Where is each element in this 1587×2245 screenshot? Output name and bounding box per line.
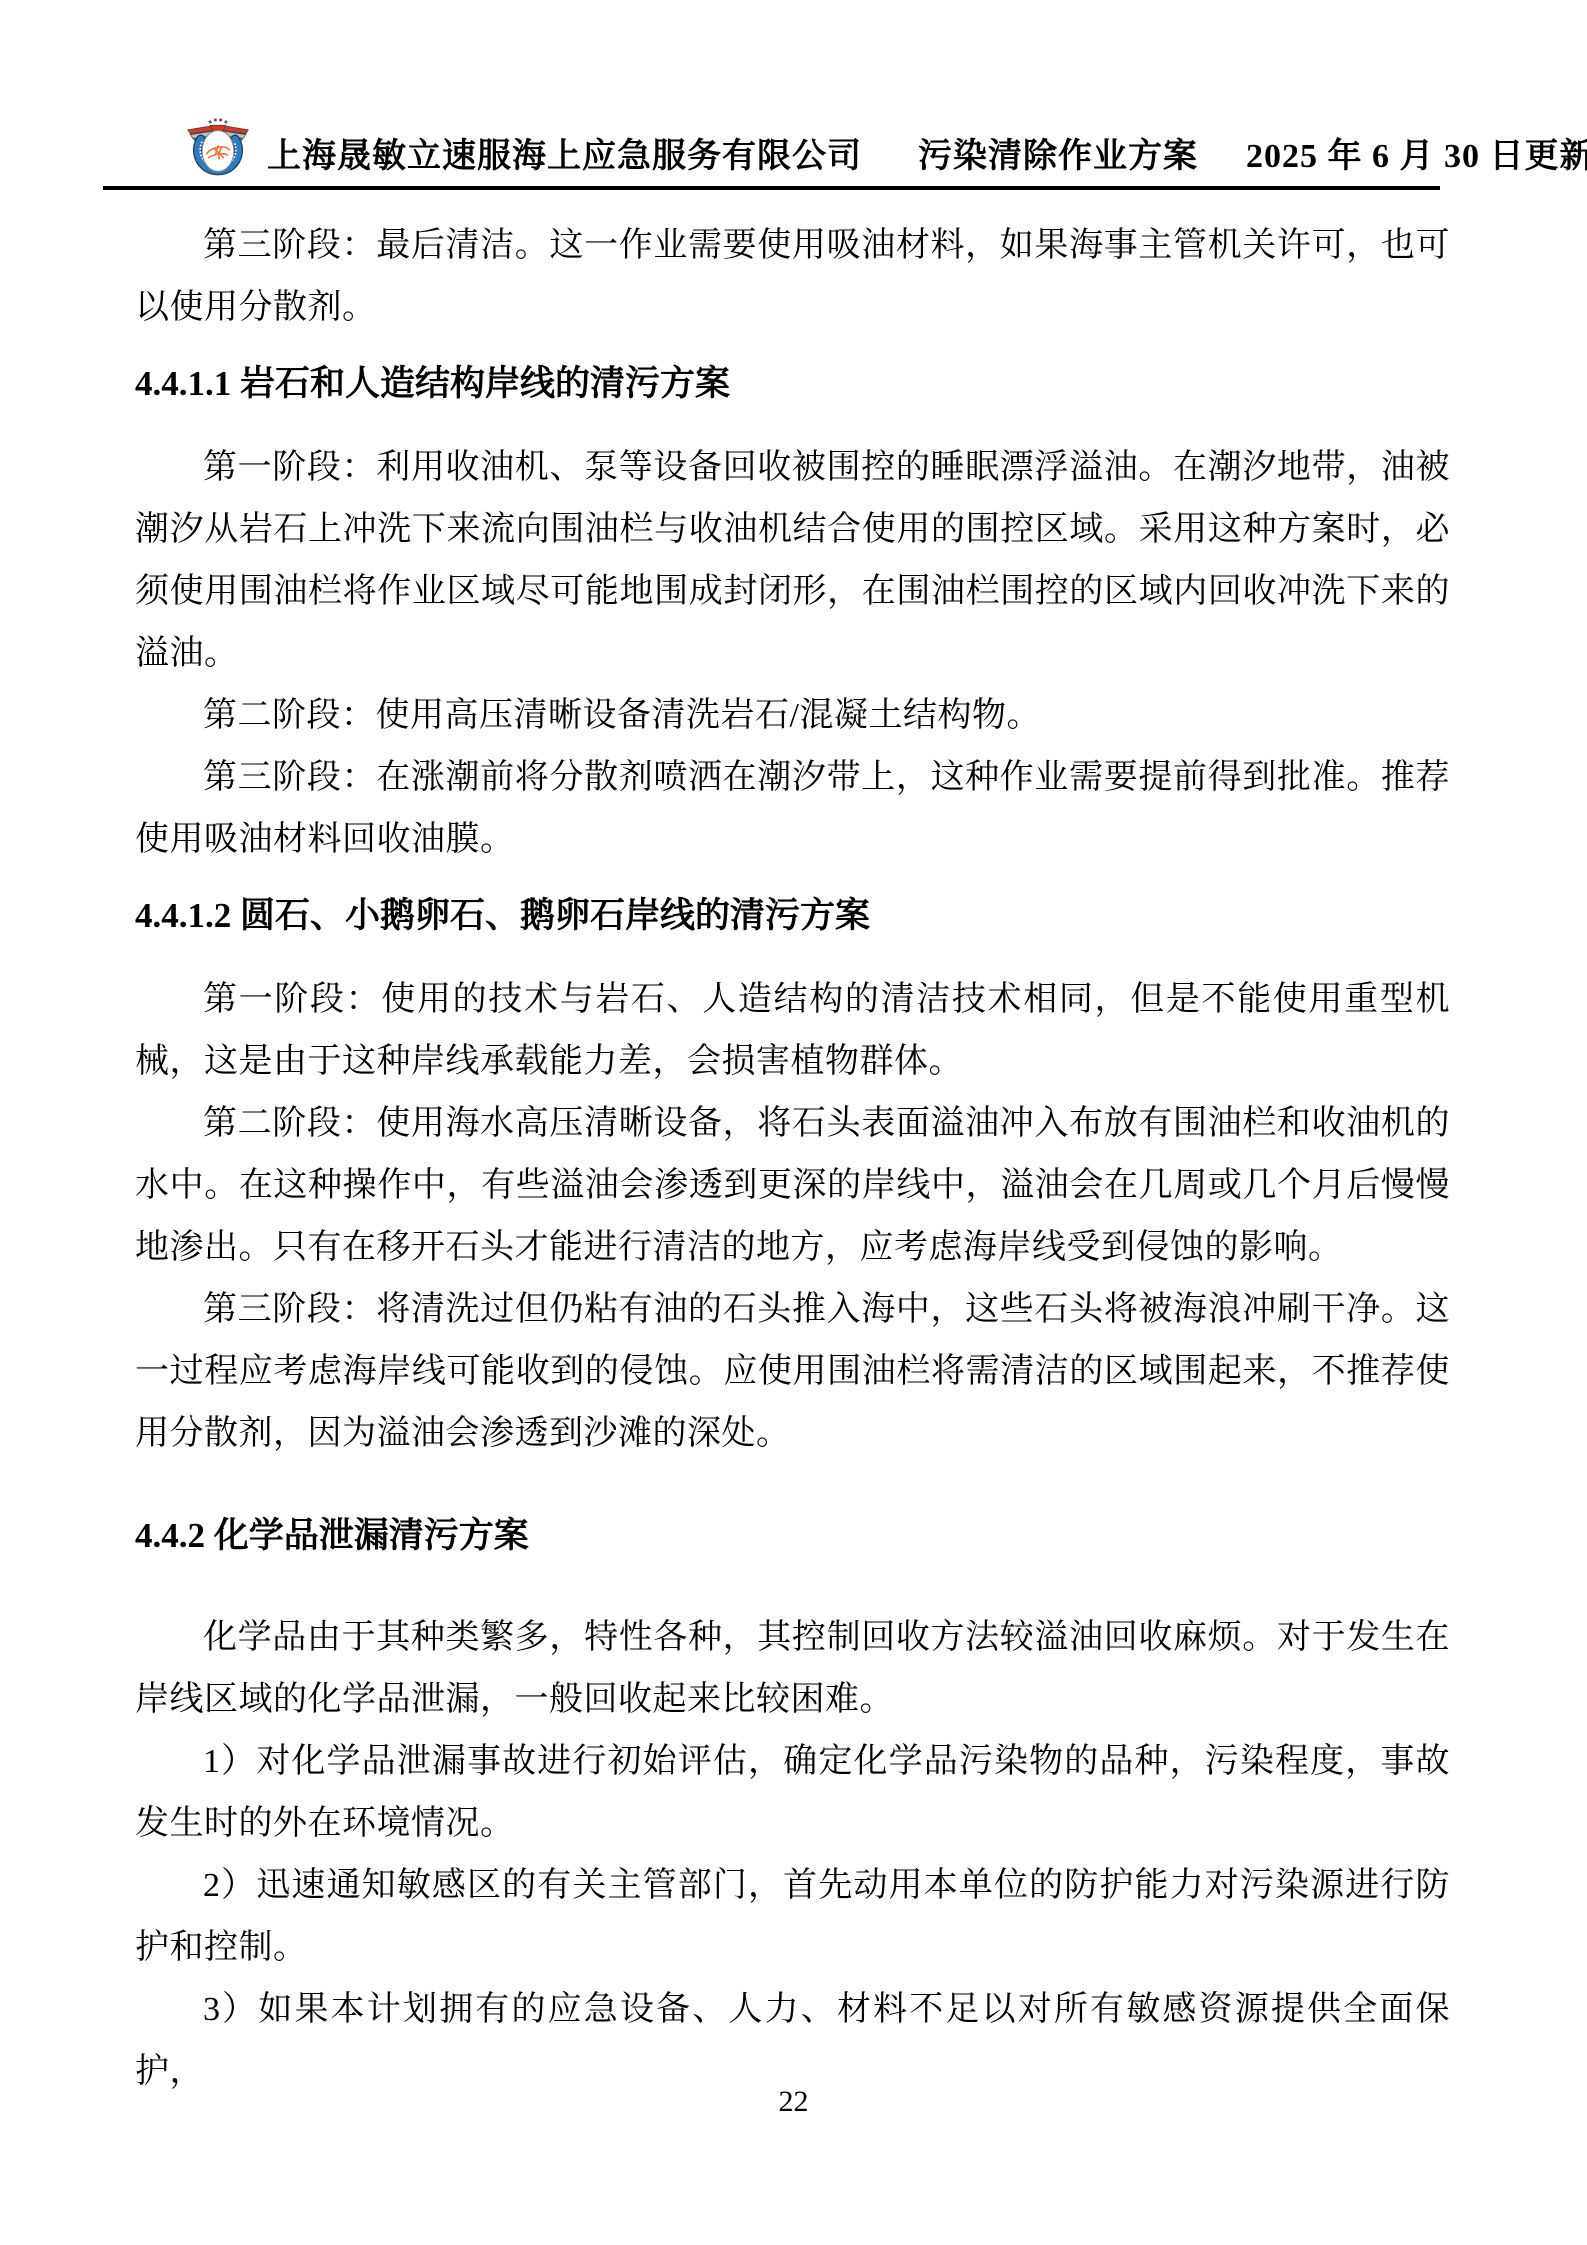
body-paragraph: 第三阶段：将清洗过但仍粘有油的石头推入海中，这些石头将被海浪冲刷干净。这一过程应… <box>135 1279 1450 1465</box>
body-paragraph: 第一阶段：利用收油机、泵等设备回收被围控的睡眠漂浮溢油。在潮汐地带，油被潮汐从岩… <box>135 437 1450 685</box>
company-logo-icon <box>185 115 251 187</box>
document-body: 第三阶段：最后清洁。这一作业需要使用吸油材料，如果海事主管机关许可，也可以使用分… <box>135 215 1450 2103</box>
page-header: 上海晟敏立速服海上应急服务有限公司 污染清除作业方案 2025 年 6 月 30… <box>103 92 1440 190</box>
logo-top-microtext <box>208 119 227 124</box>
section-heading-4-4-2: 4.4.2 化学品泄漏清污方案 <box>135 1505 1450 1567</box>
section-heading-4-4-1-2: 4.4.1.2 圆石、小鹅卵石、鹅卵石岸线的清污方案 <box>135 885 1450 947</box>
body-list-item-1: 1）对化学品泄漏事故进行初始评估，确定化学品污染物的品种，污染程度，事故发生时的… <box>135 1731 1450 1855</box>
logo-oval <box>202 131 234 172</box>
page-number: 22 <box>779 2085 809 2118</box>
header-update-date: 2025 年 6 月 30 日更新 <box>1246 128 1587 177</box>
body-paragraph: 第三阶段：在涨潮前将分散剂喷洒在潮汐带上，这种作业需要提前得到批准。推荐使用吸油… <box>135 747 1450 871</box>
company-logo-icon <box>185 115 251 187</box>
header-doc-title: 污染清除作业方案 <box>918 128 1198 177</box>
header-text-row: 上海晟敏立速服海上应急服务有限公司 污染清除作业方案 2025 年 6 月 30… <box>267 128 1587 177</box>
body-paragraph: 第一阶段：使用的技术与岩石、人造结构的清洁技术相同，但是不能使用重型机械，这是由… <box>135 969 1450 1093</box>
body-paragraph: 第二阶段：使用高压清晰设备清洗岩石/混凝土结构物。 <box>135 685 1450 747</box>
body-paragraph: 第二阶段：使用海水高压清晰设备，将石头表面溢油冲入布放有围油栏和收油机的水中。在… <box>135 1093 1450 1279</box>
body-list-item-2: 2）迅速通知敏感区的有关主管部门，首先动用本单位的防护能力对污染源进行防护和控制… <box>135 1855 1450 1979</box>
body-paragraph: 第三阶段：最后清洁。这一作业需要使用吸油材料，如果海事主管机关许可，也可以使用分… <box>135 215 1450 339</box>
page-footer: 22 <box>0 2082 1587 2122</box>
document-page: 上海晟敏立速服海上应急服务有限公司 污染清除作业方案 2025 年 6 月 30… <box>0 0 1587 2245</box>
header-company-name: 上海晟敏立速服海上应急服务有限公司 <box>267 128 862 177</box>
body-paragraph: 化学品由于其种类繁多，特性各种，其控制回收方法较溢油回收麻烦。对于发生在岸线区域… <box>135 1607 1450 1731</box>
section-heading-4-4-1-1: 4.4.1.1 岩石和人造结构岸线的清污方案 <box>135 353 1450 415</box>
